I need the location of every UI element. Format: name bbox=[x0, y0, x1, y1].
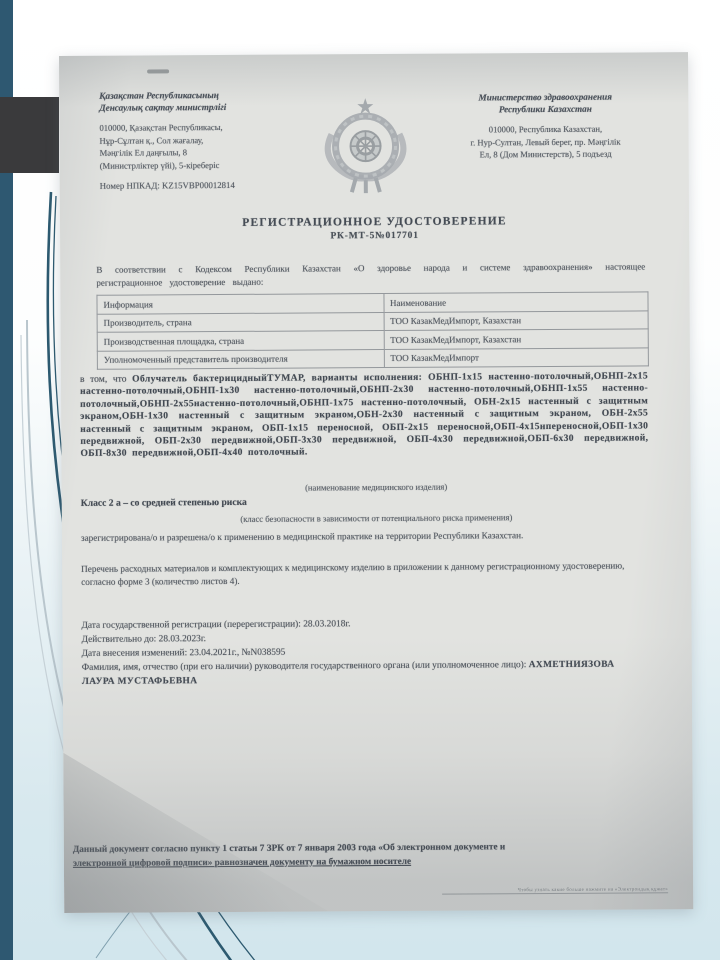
issuer-block-kazakh: Қазақстан Республикасының Денсаулық сақт… bbox=[99, 89, 305, 192]
registration-dates-block: Дата государственной регистрации (перере… bbox=[81, 615, 649, 688]
decorative-dark-rectangle bbox=[0, 97, 59, 173]
device-name-caption: (наименование медицинского изделия) bbox=[62, 480, 691, 494]
npkad-number: Номер НПКАД: KZ15VBP00012814 bbox=[100, 180, 305, 191]
slide-background: Қазақстан Республикасының Денсаулық сақт… bbox=[0, 0, 720, 960]
table-cell-value: ТОО КазакМедИмпорт, Казахстан bbox=[384, 329, 649, 349]
accessories-paragraph: Перечень расходных материалов и комплект… bbox=[81, 559, 639, 588]
device-description: в том, что Облучатель бактерицидныйТУМАР… bbox=[80, 370, 649, 460]
table-cell-label: Уполномоченный представитель производите… bbox=[97, 349, 384, 369]
address-kk-line: 010000, Қазақстан Республикасы, bbox=[99, 121, 304, 135]
table-header-name: Наименование bbox=[383, 292, 648, 312]
address-kk-line: (Министрліктер үйі), 5-кіреберіс bbox=[100, 158, 305, 172]
address-ru-line: Ел, 8 (Дом Министерств), 5 подъезд bbox=[432, 148, 660, 162]
risk-class-caption: (класс безопасности в зависимости от пот… bbox=[62, 511, 691, 525]
official-label: Фамилия, имя, отчество (при его наличии)… bbox=[82, 660, 529, 673]
table-cell-value: ТОО КазакМедИмпорт, Казахстан bbox=[384, 310, 649, 330]
address-kk-line: Мәңгілік Ел даңғылы, 8 bbox=[100, 146, 305, 160]
kazakhstan-coat-of-arms-icon bbox=[317, 96, 414, 197]
table-cell-label: Производитель, страна bbox=[97, 312, 384, 332]
certificate-number: РК-МТ-5№017701 bbox=[60, 229, 689, 243]
electronic-document-tiny-note: Чтобы узнать какие больше нажмите на «Эл… bbox=[442, 887, 668, 894]
ministry-name-kk-line2: Денсаулық сақтау министрлігі bbox=[99, 101, 304, 114]
intro-paragraph: В соответствии с Кодексом Республики Каз… bbox=[96, 260, 645, 289]
address-kk-line: Нұр-Сұлтан қ., Сол жағалау, bbox=[99, 133, 304, 147]
device-intro-text: в том, что bbox=[80, 374, 132, 385]
certificate-title: РЕГИСТРАЦИОННОЕ УДОСТОВЕРЕНИЕ bbox=[60, 214, 689, 230]
scan-smudge-mark bbox=[147, 69, 169, 73]
table-header-info: Информация bbox=[97, 294, 384, 314]
table-row: Уполномоченный представитель производите… bbox=[97, 347, 648, 369]
certificate-photo: Қазақстан Республикасының Денсаулық сақт… bbox=[59, 52, 693, 913]
table-cell-label: Производственная площадка, страна bbox=[97, 331, 384, 351]
registered-paragraph: зарегистрирована/о и разрешена/о к приме… bbox=[81, 528, 639, 544]
ministry-name-ru-line2: Республики Казахстан bbox=[431, 102, 659, 115]
issuer-block-russian: Министерство здравоохранения Республики … bbox=[431, 90, 659, 161]
device-models-text: Облучатель бактерицидныйТУМАР, варианты … bbox=[80, 370, 648, 459]
table-cell-value: ТОО КазакМедИмпорт bbox=[384, 347, 649, 367]
legal-footer: Данный документ согласно пункту 1 статьи… bbox=[73, 840, 673, 871]
risk-class-heading: Класс 2 а – со средней степенью риска bbox=[81, 494, 641, 508]
official-line: Фамилия, имя, отчество (при его наличии)… bbox=[82, 657, 650, 688]
manufacturer-table: Информация Наименование Производитель, с… bbox=[96, 291, 648, 369]
certificate-title-block: РЕГИСТРАЦИОННОЕ УДОСТОВЕРЕНИЕ РК-МТ-5№01… bbox=[60, 214, 689, 243]
